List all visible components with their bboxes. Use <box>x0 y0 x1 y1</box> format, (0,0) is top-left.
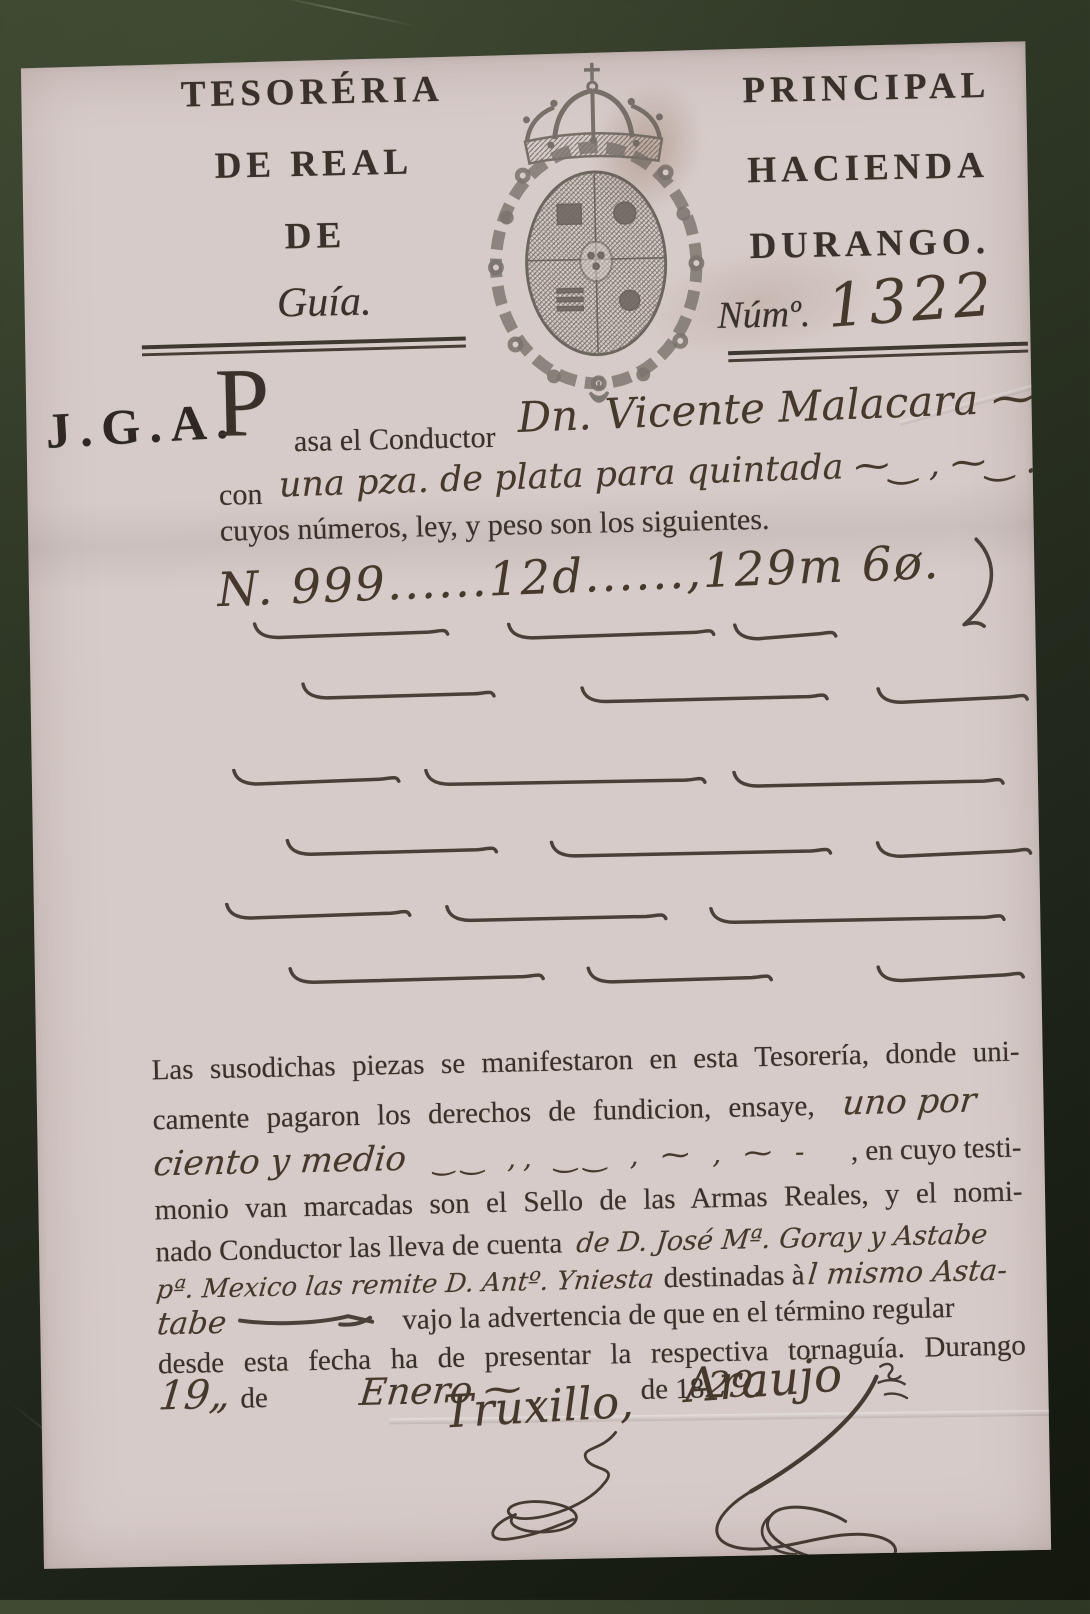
photo-background: { "colors": { "background": "#2c3423", "… <box>0 0 1090 1600</box>
blank-line-cancellation-stroke <box>285 839 499 859</box>
header-left-line1: TESORÉRIA <box>156 67 469 117</box>
blank-line-cancellation-stroke <box>580 686 830 706</box>
blank-line-cancellation-stroke <box>708 907 1006 927</box>
pasa-el-conductor: asa el Conductor <box>294 421 496 459</box>
signature-truxillo-rubric <box>476 1426 659 1555</box>
fee-flourish-squiggle: ‿‿ ,, ‿‿ , ⁓ , ⁓ - <box>432 1134 852 1176</box>
signature-araujo-rubric <box>664 1360 929 1600</box>
blank-line-cancellation-stroke <box>731 771 1005 791</box>
blank-line-cancellation-stroke <box>876 687 1030 708</box>
cert-line-1: Las susodichas piezas se manifestaron en… <box>151 1035 1020 1087</box>
blank-line-cancellation-stroke <box>586 967 774 987</box>
num-value: 1322 <box>825 260 998 342</box>
header-right-line1: PRINCIPAL <box>710 63 1023 113</box>
cert-line-6-printed: destinadas à <box>663 1259 805 1295</box>
blank-line-cancellation-stroke <box>231 769 401 789</box>
guia-label: Guía. <box>276 277 372 327</box>
royal-coat-of-arms <box>458 54 734 408</box>
blank-line-cancellation-stroke <box>288 966 546 987</box>
blank-line-cancellation-stroke <box>549 840 833 860</box>
blank-line-cancellation-stroke <box>300 683 496 704</box>
surface-scratch <box>271 0 418 28</box>
header-left-line2: DE REAL <box>157 139 470 189</box>
blank-line-cancellation-stroke <box>224 903 412 923</box>
fee-handwritten-1: uno por <box>841 1084 978 1120</box>
cert-line-5-printed: nado Conductor las lleva de cuenta <box>155 1228 562 1270</box>
blank-line-cancellation-stroke <box>876 964 1026 985</box>
pen-dash-flourish <box>236 1305 377 1341</box>
destination-handwritten: l mismo Asta- <box>807 1254 1009 1291</box>
figures-row-handwritten: N. 999......12d......,129m 6ø. <box>216 535 941 618</box>
document-paper: TESORÉRIA DE REAL DE Guía. PRINCIPAL HAC… <box>10 41 1061 1575</box>
right-double-rule <box>728 342 1028 363</box>
margin-initials: J.G.A. <box>44 391 238 460</box>
left-double-rule <box>142 337 466 357</box>
royal-crest-icon <box>458 54 734 408</box>
closing-brace-flourish <box>952 536 1006 638</box>
blank-line-cancellation-stroke <box>875 841 1033 862</box>
cert-line-2: camente pagaron los derechos de fundicio… <box>152 1083 1021 1137</box>
con-label: con <box>219 478 263 513</box>
cert-line-3-printed: , en cuyo testi- <box>850 1131 1021 1168</box>
blank-line-cancellation-stroke <box>732 623 838 643</box>
cert-line-3: ciento y medio ‿‿ ,, ‿‿ , ⁓ , ⁓ - , en c… <box>153 1129 1022 1183</box>
destination-handwritten-2: tabe <box>156 1307 228 1342</box>
blank-line-cancellation-stroke <box>506 622 716 643</box>
date-de: de <box>240 1382 268 1416</box>
header-left-line3: DE <box>159 211 472 261</box>
date-day-handwritten: 19„ <box>157 1379 232 1414</box>
dropcap: P <box>214 354 271 453</box>
cert-line-2-printed: camente pagaron los derechos de fundicio… <box>152 1090 815 1137</box>
blank-line-cancellation-stroke <box>444 905 668 926</box>
header-right-line2: HACIENDA <box>712 143 1025 193</box>
blank-line-cancellation-stroke <box>252 622 450 643</box>
cuyos-line: cuyos números, ley, y peso son los sigui… <box>220 503 770 549</box>
blank-line-cancellation-stroke <box>423 769 707 790</box>
fee-handwritten-2: ciento y medio <box>152 1143 408 1182</box>
